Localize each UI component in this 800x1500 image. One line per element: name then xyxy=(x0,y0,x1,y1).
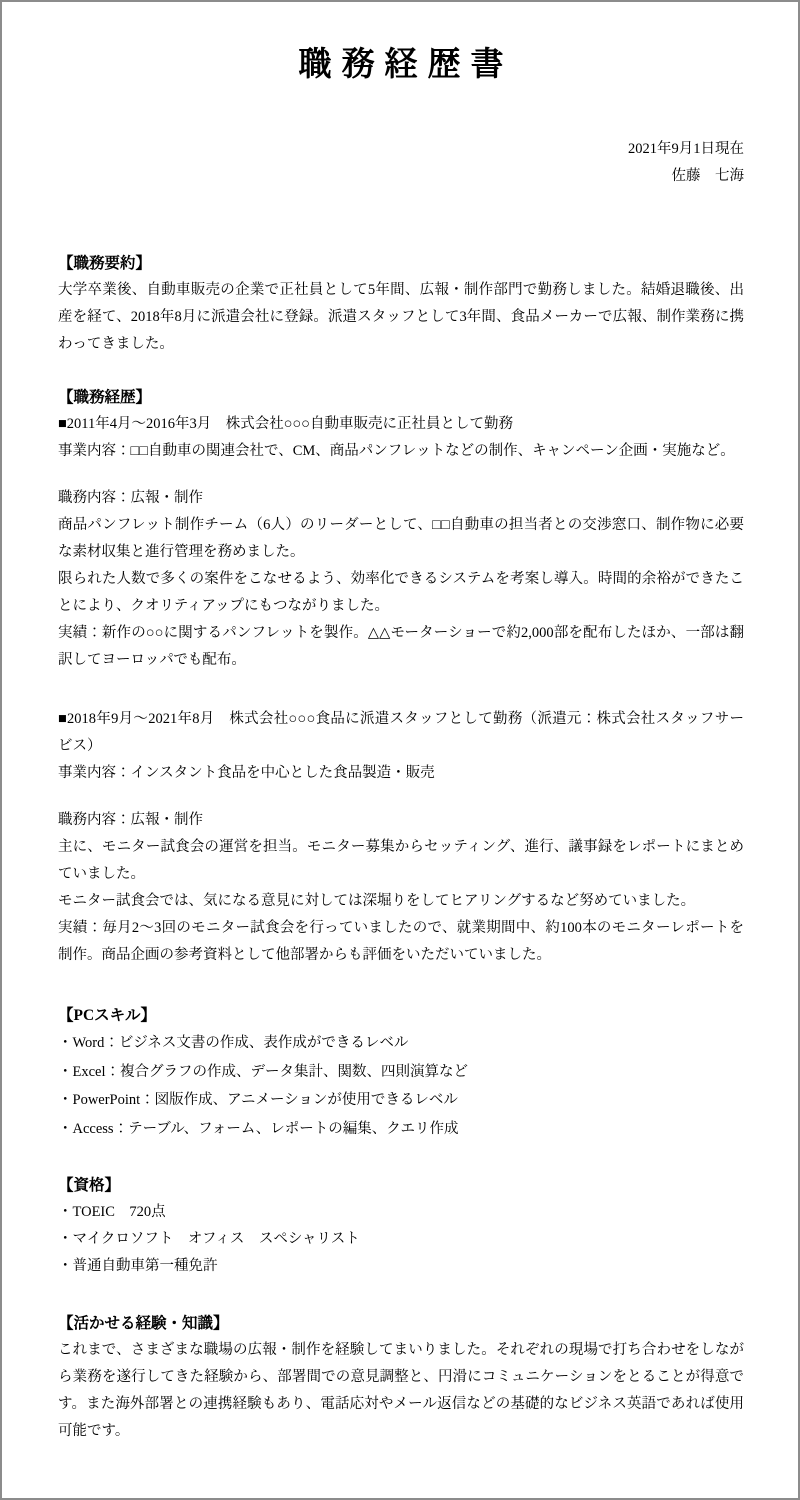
job-period-line: ■2011年4月〜2016年3月 株式会社○○○自動車販売に正社員として勤務 xyxy=(58,411,744,438)
current-date-line: 2021年9月1日現在 xyxy=(58,136,744,163)
applicable-experience-paragraph: これまで、さまざまな職場の広報・制作を経験してまいりました。それぞれの現場で打ち… xyxy=(58,1337,744,1445)
job-business-line: 事業内容：□□自動車の関連会社で、CM、商品パンフレットなどの制作、キャンペーン… xyxy=(58,438,744,465)
document-title: 職務経歴書 xyxy=(58,44,744,84)
job-detail-paragraph: モニター試食会では、気になる意見に対しては深堀りをしてヒアリングするなど努めてい… xyxy=(58,888,744,915)
job-duty-block: 職務内容：広報・制作 商品パンフレット制作チーム（6人）のリーダーとして、□□自… xyxy=(58,485,744,674)
work-history-heading: 【職務経歴】 xyxy=(58,384,744,411)
pc-skill-item-access: ・Access：テーブル、フォーム、レポートの編集、クエリ作成 xyxy=(58,1115,744,1144)
applicant-name: 佐藤 七海 xyxy=(58,163,744,190)
job-duty-line: 職務内容：広報・制作 xyxy=(58,485,744,512)
job-duty-block: 職務内容：広報・制作 主に、モニター試食会の運営を担当。モニター募集からセッティ… xyxy=(58,807,744,969)
pc-skills-heading: 【PCスキル】 xyxy=(58,1002,744,1029)
applicable-experience-heading: 【活かせる経験・知識】 xyxy=(58,1310,744,1337)
job-detail-paragraph: 主に、モニター試食会の運営を担当。モニター募集からセッティング、進行、議事録をレ… xyxy=(58,834,744,888)
section-pc-skills: 【PCスキル】 ・Word：ビジネス文書の作成、表作成ができるレベル ・Exce… xyxy=(58,1002,744,1143)
section-qualifications: 【資格】 ・TOEIC 720点 ・マイクロソフト オフィス スペシャリスト ・… xyxy=(58,1172,744,1280)
summary-paragraph: 大学卒業後、自動車販売の企業で正社員として5年間、広報・制作部門で勤務しました。… xyxy=(58,277,744,358)
qualification-item: ・TOEIC 720点 xyxy=(58,1199,744,1226)
job-detail-paragraph: 実績：毎月2〜3回のモニター試食会を行っていましたので、就業期間中、約100本の… xyxy=(58,915,744,969)
section-job-summary: 【職務要約】 大学卒業後、自動車販売の企業で正社員として5年間、広報・制作部門で… xyxy=(58,250,744,358)
job-business-line: 事業内容：インスタント食品を中心とした食品製造・販売 xyxy=(58,760,744,787)
job-detail-paragraph: 商品パンフレット制作チーム（6人）のリーダーとして、□□自動車の担当者との交渉窓… xyxy=(58,512,744,566)
section-applicable-experience: 【活かせる経験・知識】 これまで、さまざまな職場の広報・制作を経験してまいりまし… xyxy=(58,1310,744,1445)
job-entry-2: ■2018年9月〜2021年8月 株式会社○○○食品に派遣スタッフとして勤務（派… xyxy=(58,706,744,969)
job-period-line: ■2018年9月〜2021年8月 株式会社○○○食品に派遣スタッフとして勤務（派… xyxy=(58,706,744,760)
summary-heading: 【職務要約】 xyxy=(58,250,744,277)
qualification-item: ・マイクロソフト オフィス スペシャリスト xyxy=(58,1226,744,1253)
pc-skill-item-word: ・Word：ビジネス文書の作成、表作成ができるレベル xyxy=(58,1029,744,1058)
meta-block: 2021年9月1日現在 佐藤 七海 xyxy=(58,136,744,190)
section-work-history: 【職務経歴】 ■2011年4月〜2016年3月 株式会社○○○自動車販売に正社員… xyxy=(58,384,744,969)
pc-skill-item-excel: ・Excel：複合グラフの作成、データ集計、関数、四則演算など xyxy=(58,1058,744,1087)
pc-skill-item-powerpoint: ・PowerPoint：図版作成、アニメーションが使用できるレベル xyxy=(58,1086,744,1115)
job-entry-1: ■2011年4月〜2016年3月 株式会社○○○自動車販売に正社員として勤務 事… xyxy=(58,411,744,674)
resume-document: 職務経歴書 2021年9月1日現在 佐藤 七海 【職務要約】 大学卒業後、自動車… xyxy=(0,0,800,1500)
job-detail-paragraph: 限られた人数で多くの案件をこなせるよう、効率化できるシステムを考案し導入。時間的… xyxy=(58,566,744,620)
job-duty-line: 職務内容：広報・制作 xyxy=(58,807,744,834)
qualifications-heading: 【資格】 xyxy=(58,1172,744,1199)
qualification-item: ・普通自動車第一種免許 xyxy=(58,1253,744,1280)
job-detail-paragraph: 実績：新作の○○に関するパンフレットを製作。△△モーターショーで約2,000部を… xyxy=(58,620,744,674)
